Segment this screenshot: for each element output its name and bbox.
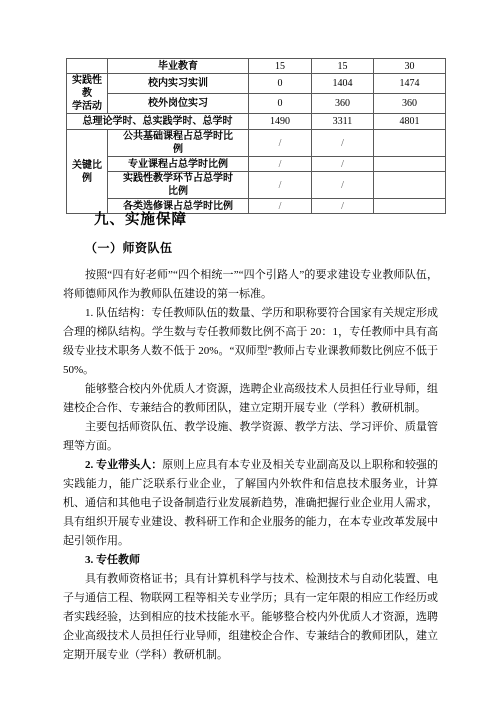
cell-practice-group: 实践性教 学活动 — [67, 74, 108, 114]
cell-total-v1: 1490 — [249, 114, 312, 130]
cell-external-v2: 360 — [312, 94, 374, 114]
cell-public-ratio-v1: / — [249, 130, 312, 157]
cell-practical-ratio-v1: / — [249, 172, 312, 199]
cell-practical-ratio-v2: / — [312, 172, 374, 199]
cell-external-v1: 0 — [249, 94, 312, 114]
paragraph-program-leader-rest: 原则上应具有本专业及相关专业副高及以上职称和较强的实践能力，能广泛联系行业企业，… — [63, 459, 438, 547]
cell-empty-group — [67, 59, 108, 74]
cell-internal-label: 校内实习实训 — [108, 74, 249, 94]
cell-major-ratio-v1: / — [249, 157, 312, 172]
table-row-practical-ratio: 实践性教学环节占总学时 比例 / / — [67, 172, 446, 199]
paragraph-scope: 主要包括师资队伍、教学设施、教学资源、教学方法、学习评价、质量管理等方面。 — [63, 418, 438, 456]
paragraph-fulltime-teacher: 具有教师资格证书；具有计算机科学与技术、检测技术与自动化装置、电子与通信工程、物… — [63, 570, 438, 665]
cell-internal-v2: 1404 — [312, 74, 374, 94]
paragraph-team-structure: 1. 队伍结构：专任教师队伍的数量、学历和职称要符合国家有关规定形成合理的梯队结… — [63, 304, 438, 380]
teaching-hours-table: 毕业教育 15 15 30 实践性教 学活动 校内实习实训 0 1404 147… — [66, 58, 446, 214]
cell-internal-v3: 1474 — [374, 74, 446, 94]
table-row-total-hours: 总理论学时、总实践学时、总学时 1490 3311 4801 — [67, 114, 446, 130]
cell-graduation-label: 毕业教育 — [108, 59, 249, 74]
cell-elective-ratio-v3 — [374, 199, 446, 214]
table-row-major-ratio: 专业课程占总学时比例 / / — [67, 157, 446, 172]
paragraph-standards: 按照“四有好老师”“四个相统一”“四个引路人”的要求建设专业教师队伍，将师德师风… — [63, 266, 438, 304]
cell-elective-ratio-v1: / — [249, 199, 312, 214]
cell-total-v3: 4801 — [374, 114, 446, 130]
paragraph-resources: 能够整合校内外优质人才资源，选聘企业高级技术人员担任行业导师，组建校企合作、专兼… — [63, 380, 438, 418]
cell-graduation-v2: 15 — [312, 59, 374, 74]
cell-major-ratio-v2: / — [312, 157, 374, 172]
subsection-heading: （一）师资队伍 — [85, 239, 173, 256]
cell-major-ratio-label: 专业课程占总学时比例 — [108, 157, 249, 172]
paragraph-program-leader-lead: 2. 专业带头人： — [85, 459, 162, 471]
cell-key-ratio-group: 关键比例 — [67, 130, 108, 214]
cell-internal-v1: 0 — [249, 74, 312, 94]
cell-elective-ratio-v2: / — [312, 199, 374, 214]
cell-external-label: 校外岗位实习 — [108, 94, 249, 114]
table-row-internal-practice: 实践性教 学活动 校内实习实训 0 1404 1474 — [67, 74, 446, 94]
cell-practical-ratio-label: 实践性教学环节占总学时 比例 — [108, 172, 249, 199]
cell-total-v2: 3311 — [312, 114, 374, 130]
cell-graduation-v3: 30 — [374, 59, 446, 74]
section-heading: 九、实施保障 — [94, 208, 187, 229]
cell-practical-ratio-v3 — [374, 172, 446, 199]
table-row-graduation: 毕业教育 15 15 30 — [67, 59, 446, 74]
document-page: 毕业教育 15 15 30 实践性教 学活动 校内实习实训 0 1404 147… — [0, 0, 500, 707]
cell-external-v3: 360 — [374, 94, 446, 114]
paragraph-fulltime-teacher-heading: 3. 专任教师 — [63, 551, 438, 570]
cell-public-ratio-v3 — [374, 130, 446, 157]
cell-public-ratio-v2: / — [312, 130, 374, 157]
cell-public-ratio-label: 公共基础课程占总学时比 例 — [108, 130, 249, 157]
cell-total-label: 总理论学时、总实践学时、总学时 — [67, 114, 249, 130]
paragraph-program-leader: 2. 专业带头人：原则上应具有本专业及相关专业副高及以上职称和较强的实践能力，能… — [63, 456, 438, 551]
table-row-external-practice: 校外岗位实习 0 360 360 — [67, 94, 446, 114]
body-text: 按照“四有好老师”“四个相统一”“四个引路人”的要求建设专业教师队伍，将师德师风… — [63, 266, 438, 665]
cell-major-ratio-v3 — [374, 157, 446, 172]
table-row-public-ratio: 关键比例 公共基础课程占总学时比 例 / / — [67, 130, 446, 157]
cell-graduation-v1: 15 — [249, 59, 312, 74]
